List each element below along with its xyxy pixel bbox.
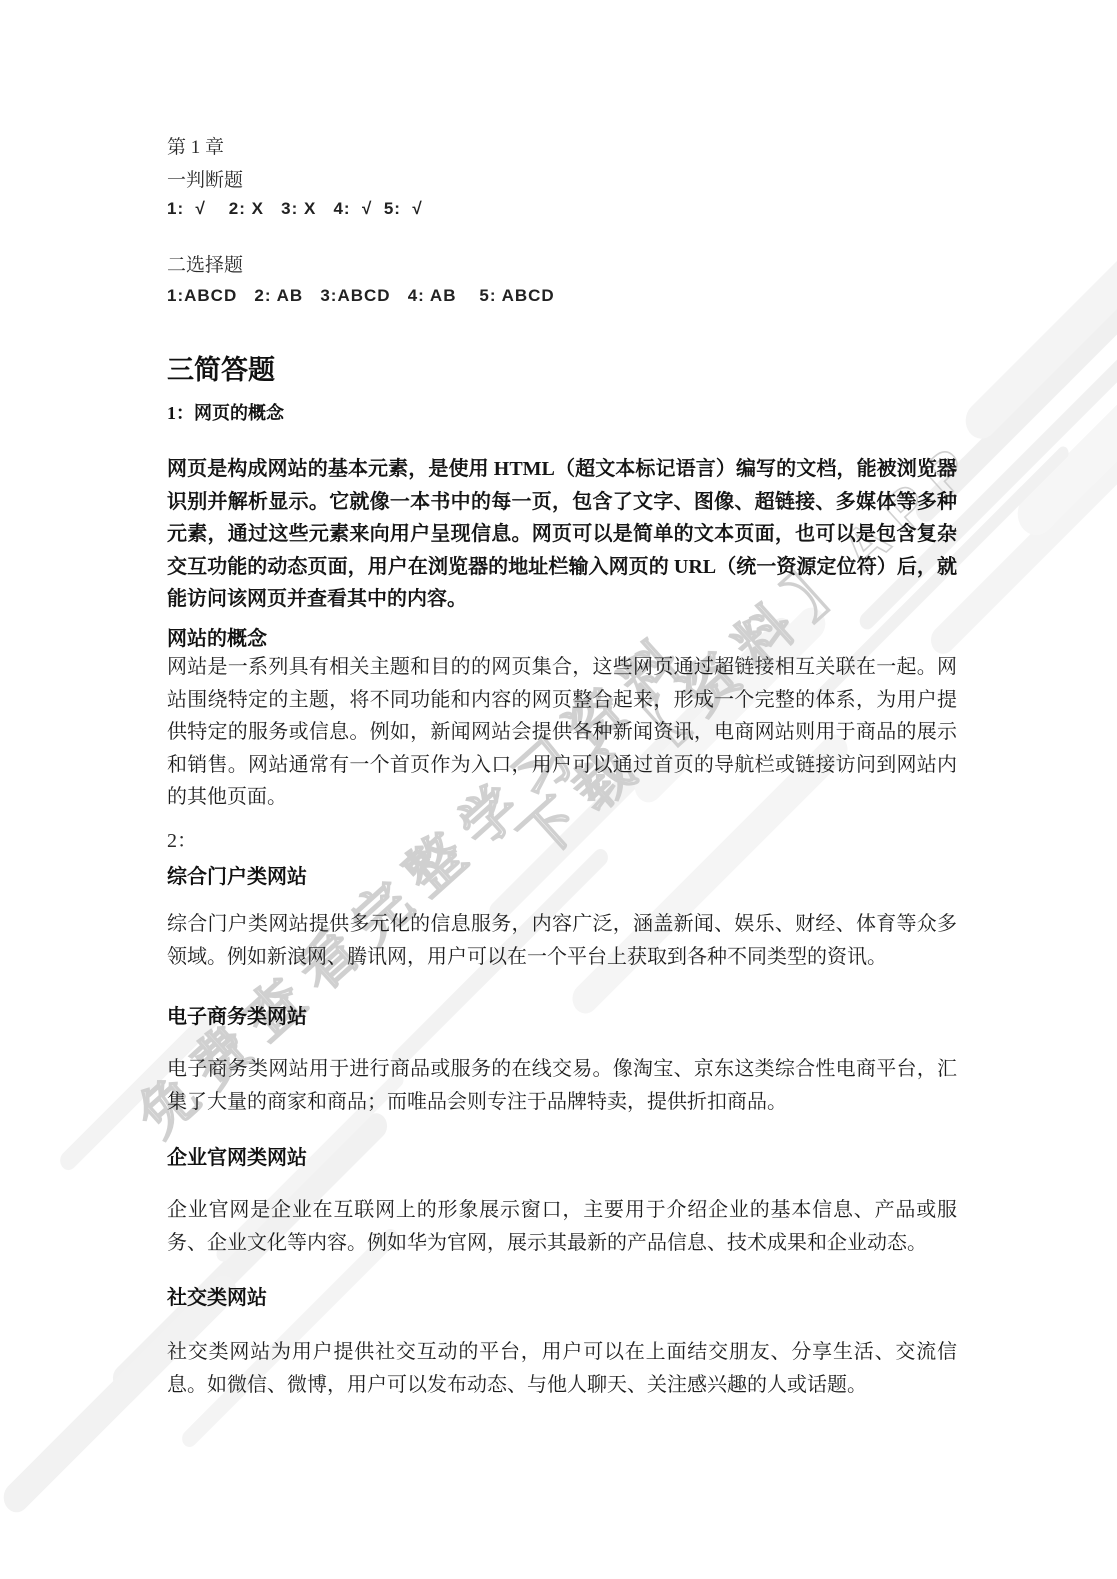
multiple-choice-answers: 1:ABCD 2: AB 3:ABCD 4: AB 5: ABCD xyxy=(167,286,957,306)
website-concept-subheading: 网站的概念 xyxy=(167,622,957,651)
document-page: { "header": { "chapter_title": "第 1 章" }… xyxy=(0,0,1117,1579)
portal-site-paragraph: 综合门户类网站提供多元化的信息服务，内容广泛，涵盖新闻、娱乐、财经、体育等众多领… xyxy=(167,908,957,973)
webpage-concept-paragraph: 网页是构成网站的基本元素，是使用 HTML（超文本标记语言）编写的文档，能被浏览… xyxy=(167,453,957,616)
corporate-site-heading: 企业官网类网站 xyxy=(167,1141,957,1170)
ecommerce-site-heading: 电子商务类网站 xyxy=(167,1000,957,1029)
document-content: 第 1 章 一判断题 1: √ 2: X 3: X 4: √ 5: √ 二选择题… xyxy=(0,0,1117,1579)
question1-title: 1：网页的概念 xyxy=(167,399,957,425)
ecommerce-site-paragraph: 电子商务类网站用于进行商品或服务的在线交易。像淘宝、京东这类综合性电商平台，汇集… xyxy=(167,1053,957,1118)
true-false-answers: 1: √ 2: X 3: X 4: √ 5: √ xyxy=(167,199,957,219)
short-answer-heading: 三简答题 xyxy=(167,348,957,387)
corporate-site-paragraph: 企业官网是企业在互联网上的形象展示窗口，主要用于介绍企业的基本信息、产品或服务、… xyxy=(167,1194,957,1259)
question2-label: 2： xyxy=(167,829,957,853)
website-concept-paragraph: 网站是一系列具有相关主题和目的的网页集合，这些网页通过超链接相互关联在一起。网站… xyxy=(167,651,957,814)
chapter-title: 第 1 章 xyxy=(167,136,957,160)
social-site-paragraph: 社交类网站为用户提供社交互动的平台，用户可以在上面结交朋友、分享生活、交流信息。… xyxy=(167,1336,957,1401)
social-site-heading: 社交类网站 xyxy=(167,1281,957,1310)
true-false-heading: 一判断题 xyxy=(167,169,957,193)
multiple-choice-heading: 二选择题 xyxy=(167,254,957,278)
portal-site-heading: 综合门户类网站 xyxy=(167,860,957,889)
